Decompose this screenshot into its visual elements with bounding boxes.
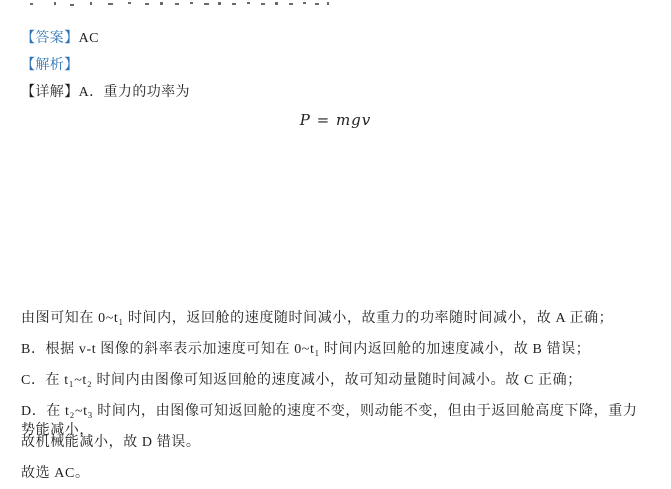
formula-p-equals-mgv: P = mgv	[0, 111, 671, 129]
analysis-line: 【解析】	[21, 56, 650, 75]
answer-label: 【答案】	[21, 31, 79, 46]
paragraph-b: B．根据 v-t 图像的斜率表示加速度可知在 0~t₁ 时间内返回舱的加速度减小…	[21, 340, 651, 359]
clipped-text-fragments	[0, 0, 671, 8]
detail-label: 【详解】	[21, 85, 79, 100]
detail-intro: A．重力的功率为	[79, 85, 190, 100]
answer-line: 【答案】AC	[21, 29, 650, 48]
analysis-label: 【解析】	[21, 58, 79, 73]
paragraph-d-continued: 故机械能减小，故 D 错误。	[21, 433, 651, 452]
detail-line: 【详解】A．重力的功率为	[21, 83, 650, 102]
document-page: 【答案】AC 【解析】 【详解】A．重力的功率为 P = mgv 由图可知在 0…	[0, 0, 671, 489]
answer-value: AC	[79, 31, 99, 46]
final-answer-line: 故选 AC。	[21, 464, 651, 483]
paragraph-a-conclusion: 由图可知在 0~t₁ 时间内，返回舱的速度随时间减小，故重力的功率随时间减小，故…	[21, 309, 651, 328]
paragraph-c: C．在 t₁~t₂ 时间内由图像可知返回舱的速度减小，故可知动量随时间减小。故 …	[21, 371, 651, 390]
